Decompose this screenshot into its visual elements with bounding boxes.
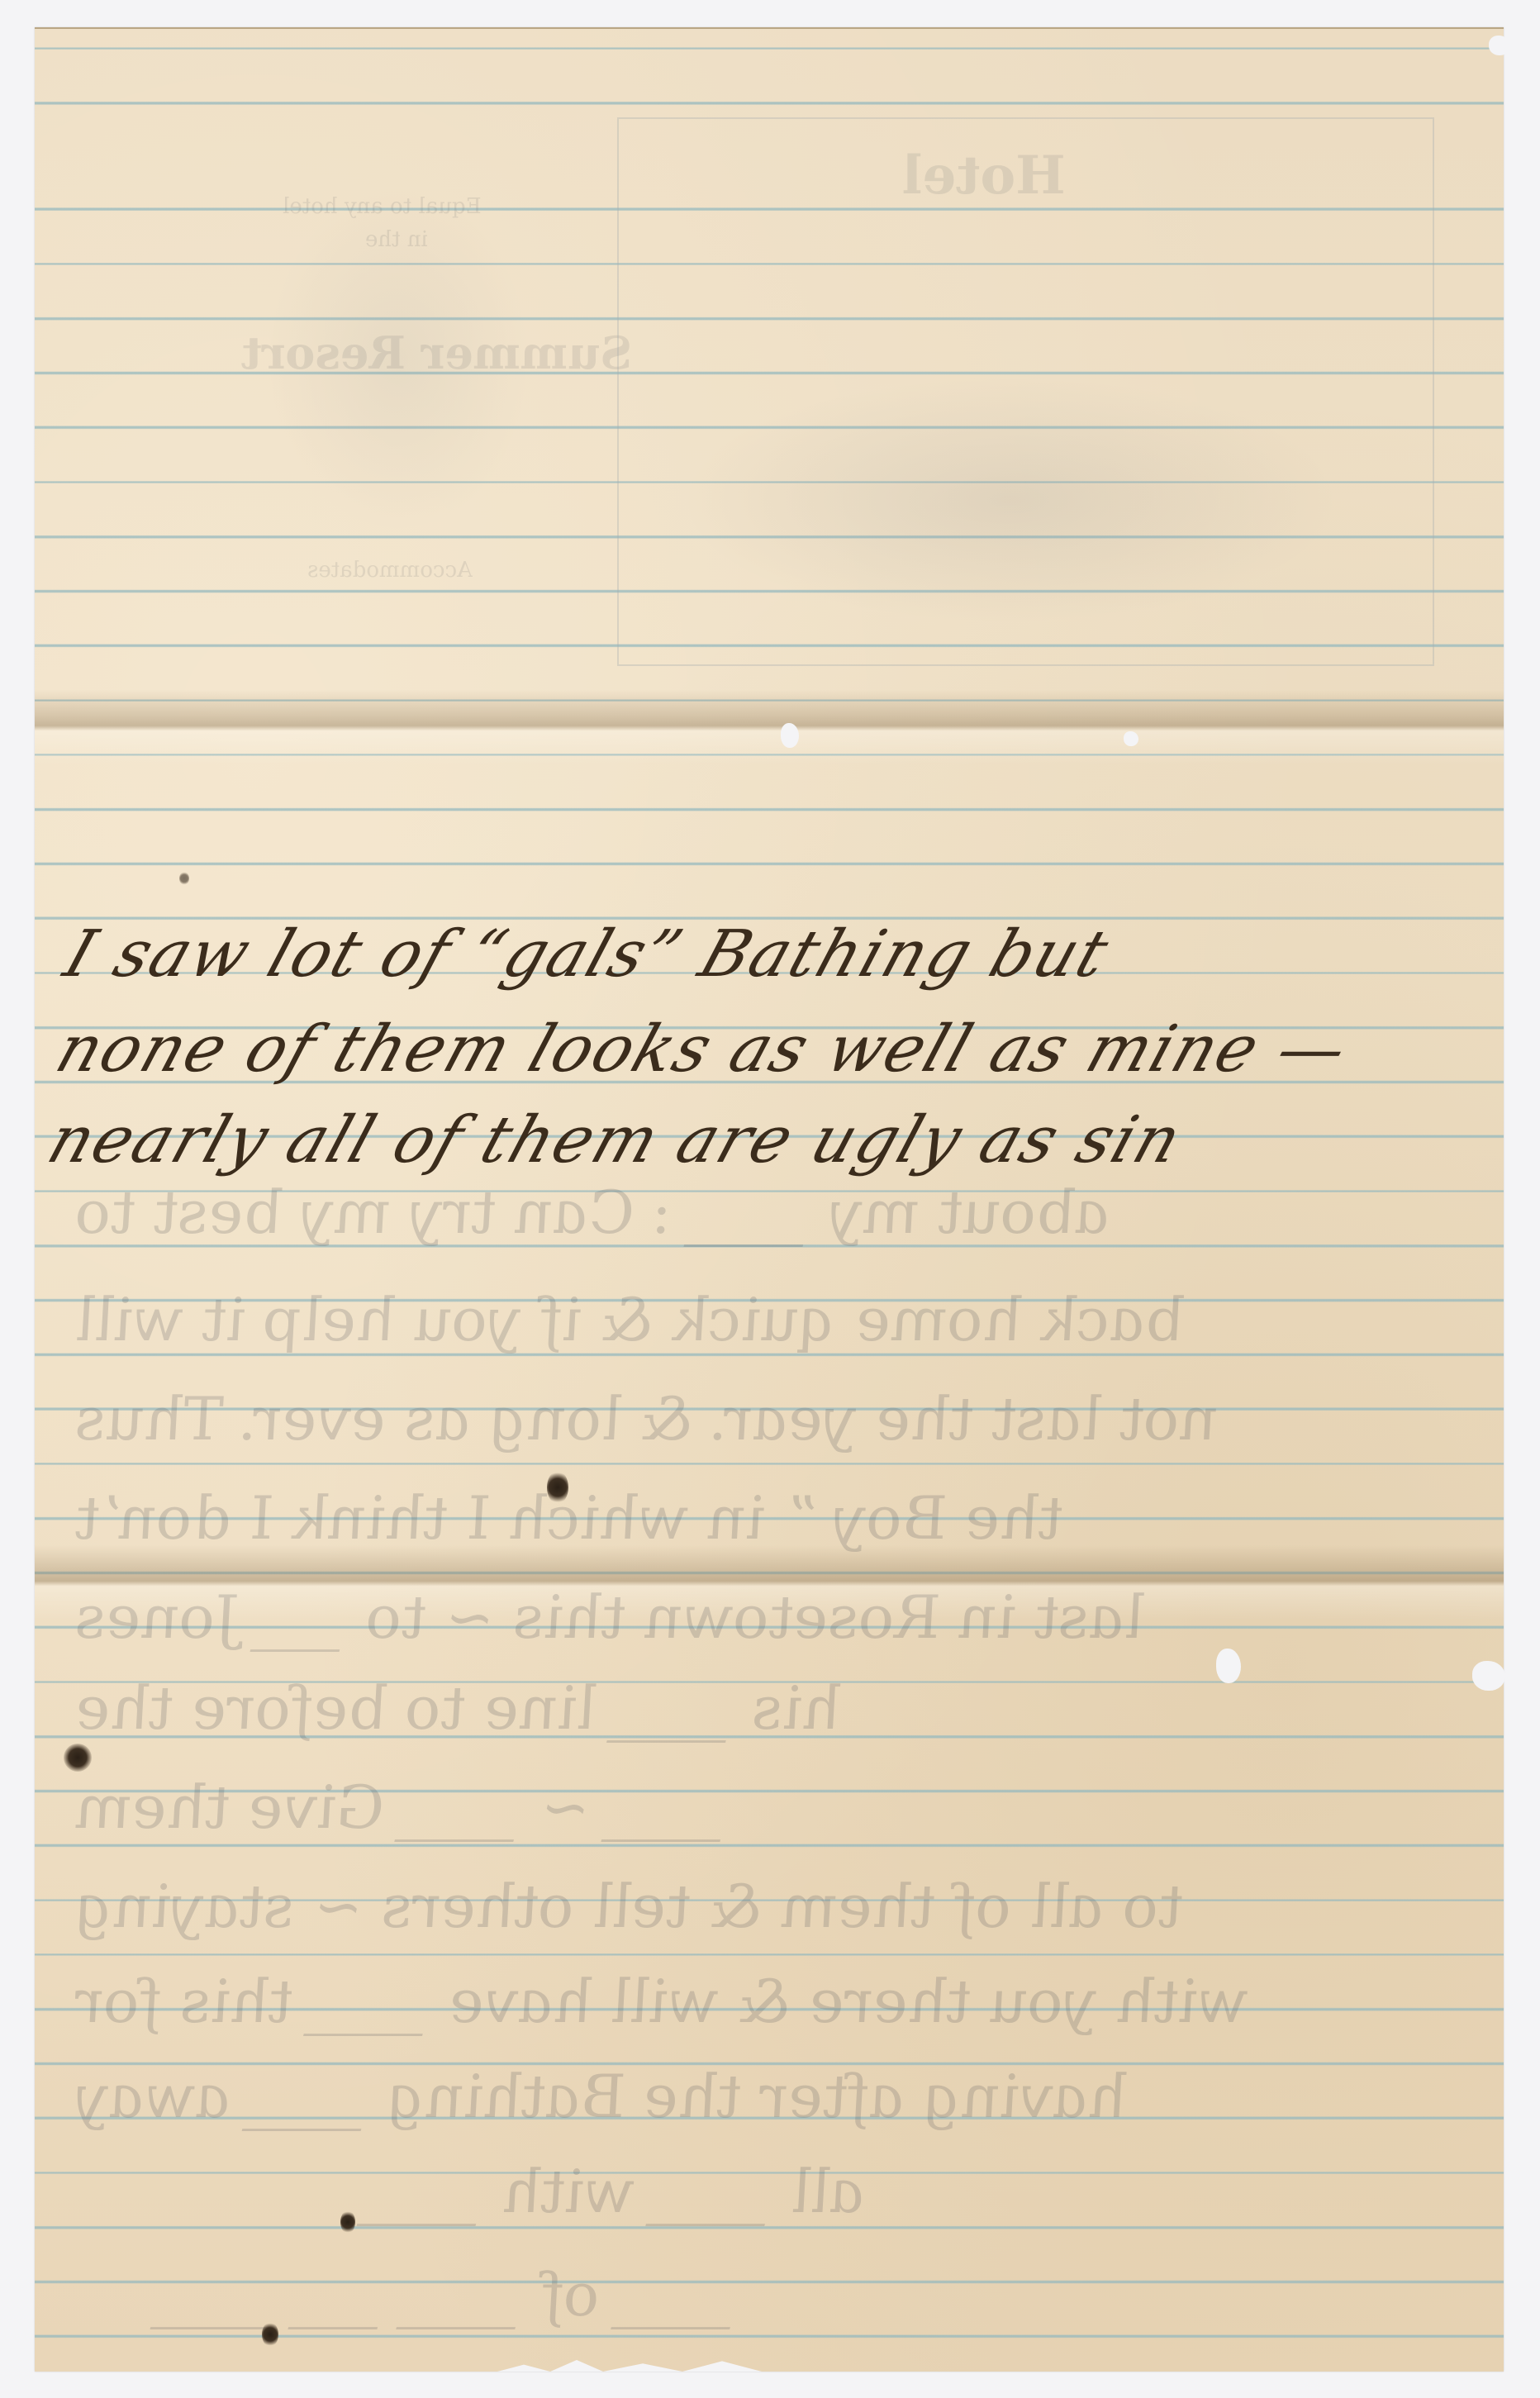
bleedthrough-line: all ____ with ____: [357, 2157, 875, 2226]
ink-spot: [547, 1471, 568, 1504]
bleedthrough-line: the Boy ” in which I think I don’t: [68, 1483, 1072, 1553]
letter-page: Equal to any hotel in the Summer Resort …: [35, 27, 1504, 2372]
letterhead-tagline-2: in the: [365, 227, 428, 252]
ink-spot: [179, 872, 189, 885]
paper-hole: [781, 723, 799, 748]
paper-tear-corner: [1489, 36, 1510, 55]
letterhead-accommodates: Accommodates: [307, 558, 473, 583]
handwritten-line-2: none of them looks as well as mine —: [47, 1012, 1357, 1087]
handwritten-line-1: I saw lot of “gals” Bathing but: [55, 917, 1118, 992]
letterhead-resort-title: Summer Resort: [241, 326, 632, 379]
bleedthrough-line: his ____ line to before the: [68, 1673, 850, 1743]
bleedthrough-line: to all of them & tell others ~ staying: [68, 1872, 1192, 1941]
letterhead-tagline: Equal to any hotel: [283, 194, 482, 219]
paper-hole: [1216, 1649, 1241, 1683]
ink-spot: [262, 2322, 278, 2347]
paper-hole: [1472, 1661, 1505, 1691]
ink-spot: [64, 1744, 92, 1772]
fold-crease-upper: [35, 690, 1504, 764]
bleedthrough-line: with you there & will have ____ this for: [68, 1967, 1257, 2036]
letterhead-hotel-title: Hotel: [902, 145, 1066, 207]
ink-spot: [340, 2210, 355, 2234]
letterhead-engraving-showthrough: [679, 376, 1340, 624]
bleedthrough-line: ____ ~ ____ Give them: [68, 1772, 738, 1842]
paper-tear-bottom: [497, 2360, 762, 2372]
bleedthrough-line: ____ of ____ ___ ____: [150, 2260, 747, 2329]
bleedthrough-line: last in Rosetown this ~ to ___ Jones: [68, 1582, 1153, 1652]
bleedthrough-line: about my ____ : Can try my best to: [68, 1178, 1119, 1247]
bleedthrough-line: back home quick & if you help it will: [68, 1285, 1193, 1354]
handwritten-line-3: nearly all of them are ugly as sin: [39, 1103, 1191, 1178]
bleedthrough-line: having after the Bathing ____ away: [68, 2062, 1136, 2131]
paper-hole: [1124, 731, 1138, 746]
bleedthrough-line: not last the year. & long as ever. Thus: [68, 1384, 1228, 1454]
